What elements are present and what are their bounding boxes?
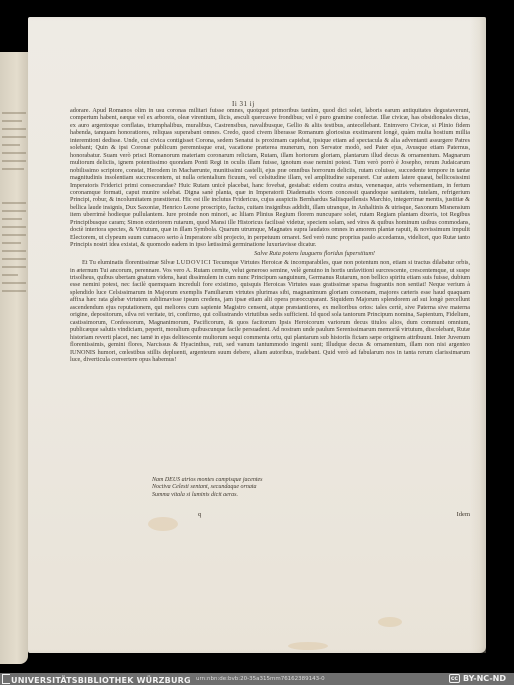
ghost-text-line: [2, 226, 26, 228]
paper-stain: [288, 642, 328, 650]
verse-block: Nam DEUS atrios montes campisque jacente…: [152, 477, 263, 499]
paper-stain: [148, 517, 178, 531]
ghost-text-line: [2, 160, 26, 162]
library-logo-icon: [2, 674, 10, 684]
paragraph-2-lead: Et Tu eluminatis florentissimæ Silvæ: [82, 259, 175, 266]
ghost-text-line: [2, 290, 26, 292]
license-badge[interactable]: ccBY-NC-ND: [449, 674, 506, 684]
motto-line: Salve Ruta potens lauguens floridus fupe…: [70, 250, 470, 257]
ghost-text-line: [2, 258, 26, 260]
ghost-text-line: [2, 274, 18, 276]
ghost-text-line: [2, 136, 26, 138]
ghost-text-line: [2, 282, 26, 284]
ghost-text-line: [2, 128, 26, 130]
ghost-text-line: [2, 144, 20, 146]
ghost-text-line: [2, 266, 26, 268]
paragraph-2-body: Tecumque Virtutes Heroicæ & incomparabil…: [70, 259, 470, 363]
urn-identifier[interactable]: urn:nbn:de:bvb:20-35a315mm76162389143-0: [196, 675, 325, 683]
ghost-text-line: [2, 202, 26, 204]
body-text: adorare. Apud Romanos olim in usu corona…: [70, 107, 470, 363]
verse-line: Nam DEUS atrios montes campisque jacente…: [152, 477, 263, 484]
ghost-text-line: [2, 234, 26, 236]
verse-line: Noctiva Celesti sentant, secundaque orna…: [152, 484, 263, 491]
ghost-text-line: [2, 218, 22, 220]
signature-mark: q: [198, 511, 201, 518]
ghost-text-line: [2, 242, 21, 244]
paragraph-1: adorare. Apud Romanos olim in usu corona…: [70, 107, 470, 249]
paper-stain: [378, 617, 402, 627]
dedicatee-name: LUDOVICI: [176, 259, 211, 266]
library-name: UNIVERSITÄTSBIBLIOTHEK WÜRZBURG: [11, 676, 191, 685]
verse-line: Summa vitala si luminis dicit aeras.: [152, 492, 263, 499]
footer-bar: UNIVERSITÄTSBIBLIOTHEK WÜRZBURG urn:nbn:…: [0, 673, 514, 685]
ghost-text-line: [2, 112, 26, 114]
previous-page-edge: [0, 52, 28, 664]
paragraph-2: Et Tu eluminatis florentissimæ Silvæ LUD…: [70, 259, 470, 363]
ghost-text-line: [2, 120, 22, 122]
catchword: Idem: [457, 511, 470, 518]
ghost-text-line: [2, 210, 26, 212]
ghost-text-line: [2, 168, 24, 170]
library-logo[interactable]: UNIVERSITÄTSBIBLIOTHEK WÜRZBURG: [2, 674, 191, 685]
ghost-text-line: [2, 250, 26, 252]
creative-commons-icon: cc: [449, 674, 460, 683]
ghost-text-line: [2, 152, 26, 154]
license-label: BY-NC-ND: [463, 674, 506, 683]
